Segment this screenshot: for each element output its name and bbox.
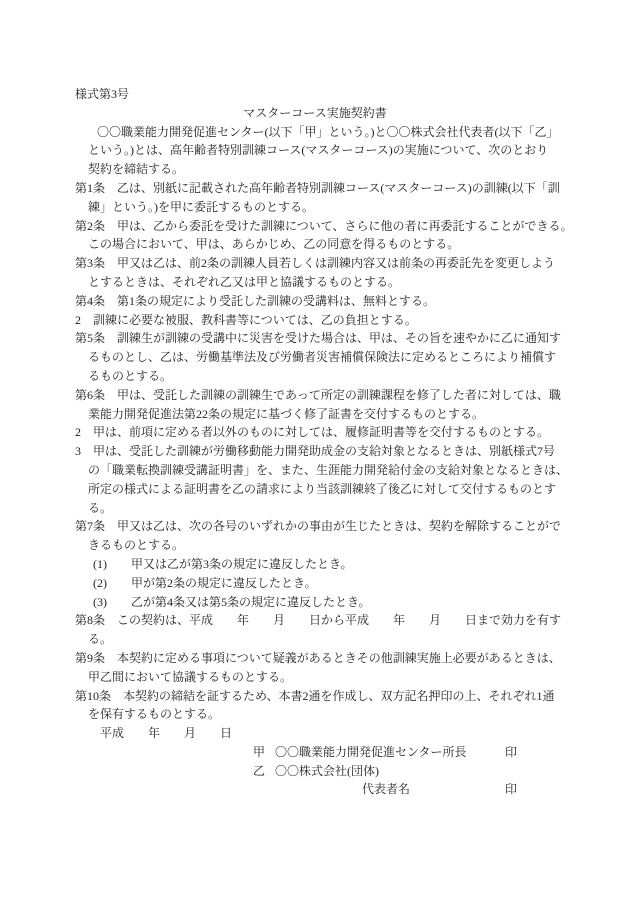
party-b-name: 〇〇株式会社(団体): [275, 762, 505, 781]
contract-line: 第6条 甲は、受託した訓練の訓練生であって所定の訓練課程を修了した者に対しては、…: [75, 386, 580, 405]
contract-line: 第5条 訓練生が訓練の受講中に災害を受けた場合は、甲は、その旨を速やかに乙に通知…: [75, 329, 580, 348]
contract-line: 第3条 甲又は乙は、前2条の訓練人員若しくは訓練内容又は前条の再委託先を変更しよ…: [75, 254, 580, 273]
party-a-label: 甲: [253, 743, 275, 762]
signature-party-b: 乙 〇〇株式会社(団体): [253, 762, 580, 781]
contract-line: 2 訓練に必要な被服、教科書等については、乙の負担とする。: [75, 311, 580, 330]
contract-line: (3) 乙が第4条又は第5条の規定に違反したとき。: [93, 593, 580, 612]
party-b-label: 乙: [253, 762, 275, 781]
page-title: マスターコース実施契約書: [75, 104, 555, 123]
contract-line: 第7条 甲又は乙は、次の各号のいずれかの事由が生じたときは、契約を解除することが…: [75, 517, 580, 536]
contract-line: (1) 甲又は乙が第3条の規定に違反したとき。: [93, 555, 580, 574]
contract-line: きるものとする。: [88, 536, 580, 555]
contract-line: 契約を締結する。: [88, 160, 580, 179]
contract-line: 3 甲は、受託した訓練が労働移動能力開発助成金の支給対象となるときは、別紙様式7…: [75, 442, 580, 461]
contract-line: る。: [88, 499, 580, 518]
contract-line: 第8条 この契約は、平成 年 月 日から平成 年 月 日まで効力を有す: [75, 611, 580, 630]
contract-line: るものとし、乙は、労働基準法及び労働者災害補償保険法に定めるところにより補償す: [88, 348, 580, 367]
signature-representative: 代表者名 印: [362, 780, 580, 799]
contract-line: 所定の様式による証明書を乙の請求により当該訓練終了後乙に対して交付するものとす: [88, 480, 580, 499]
contract-line: (2) 甲が第2条の規定に違反したとき。: [93, 574, 580, 593]
contract-line: 甲乙間において協議するものとする。: [88, 668, 580, 687]
contract-line: 第9条 本契約に定める事項について疑義があるときその他訓練実施上必要があるときは…: [75, 649, 580, 668]
contract-line: るものとする。: [88, 367, 580, 386]
contract-line: とするときは、それぞれ乙又は甲と協議するものとする。: [88, 273, 580, 292]
contract-line: を保有するものとする。: [88, 705, 580, 724]
contract-line: 2 甲は、前項に定める者以外のものに対しては、履修証明書等を交付するものとする。: [75, 423, 580, 442]
contract-line: 〇〇職業能力開発促進センター(以下「甲」という。)と〇〇株式会社代表者(以下「乙…: [97, 123, 580, 142]
contract-line: という。)とは、高年齢者特別訓練コース(マスターコース)の実施について、次のとお…: [88, 141, 580, 160]
contract-line: この場合において、甲は、あらかじめ、乙の同意を得るものとする。: [88, 235, 580, 254]
representative-name-label: 代表者名: [362, 780, 505, 799]
contract-body: 〇〇職業能力開発促進センター(以下「甲」という。)と〇〇株式会社代表者(以下「乙…: [75, 123, 580, 725]
form-number: 様式第3号: [75, 85, 580, 104]
contract-line: 練」という。)を甲に委託するものとする。: [88, 198, 580, 217]
party-a-seal: 印: [505, 743, 517, 762]
contract-line: 第1条 乙は、別紙に記載された高年齢者特別訓練コース(マスターコース)の訓練(以…: [75, 179, 580, 198]
contract-line: 第4条 第1条の規定により受託した訓練の受講料は、無料とする。: [75, 292, 580, 311]
representative-seal: 印: [505, 780, 517, 799]
contract-page: 様式第3号 マスターコース実施契約書 〇〇職業能力開発促進センター(以下「甲」と…: [75, 85, 580, 799]
contract-line: の「職業転換訓練受講証明書」を、また、生涯能力開発給付金の支給対象となるときは、: [88, 461, 580, 480]
contract-line: 第10条 本契約の締結を証するため、本書2通を作成し、双方記名押印の上、それぞれ…: [75, 687, 580, 706]
signature-party-a: 甲 〇〇職業能力開発促進センター所長 印: [253, 743, 580, 762]
contract-line: 第2条 甲は、乙から委託を受けた訓練について、さらに他の者に再委託することができ…: [75, 217, 580, 236]
contract-line: 業能力開発促進法第22条の規定に基づく修了証書を交付するものとする。: [88, 405, 580, 424]
party-a-name: 〇〇職業能力開発促進センター所長: [275, 743, 505, 762]
date-line: 平成 年 月 日: [100, 724, 580, 743]
contract-line: る。: [88, 630, 580, 649]
